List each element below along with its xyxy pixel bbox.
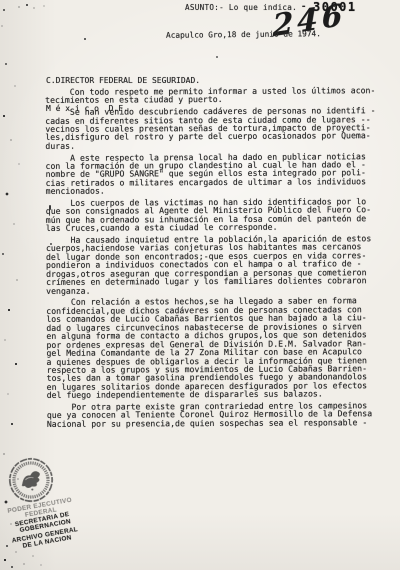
paragraph: Ha causado inquietud entre la población,… <box>46 234 390 295</box>
recipient-line-1: C.DIRECTOR FEDERAL DE SEGURIDAD. <box>46 76 200 85</box>
scanned-document-page: ASUNTO:- Lo que indica. - 30001 246 Acap… <box>0 0 400 570</box>
paragraph: A este respecto la prensa local ha dado … <box>45 152 389 196</box>
paragraph: Los cuerpos de las victimas no han sido … <box>46 197 390 233</box>
paragraph: Con todo respeto me permito informar a u… <box>45 86 389 105</box>
paragraph: Por otra parte existe gran contrariedad … <box>47 401 391 428</box>
paragraph: Con relación a estos hechos,se ha llegad… <box>46 296 391 399</box>
document-body: Con todo respeto me permito informar a u… <box>45 86 391 431</box>
national-seal-icon <box>5 454 57 506</box>
paragraph: Se han venido descubriendo cadáveres de … <box>45 106 389 150</box>
dateline: Acapulco Gro,18 de junio de 1974. <box>166 29 321 40</box>
ink-speck <box>216 56 218 58</box>
scan-noise-top <box>0 0 140 46</box>
